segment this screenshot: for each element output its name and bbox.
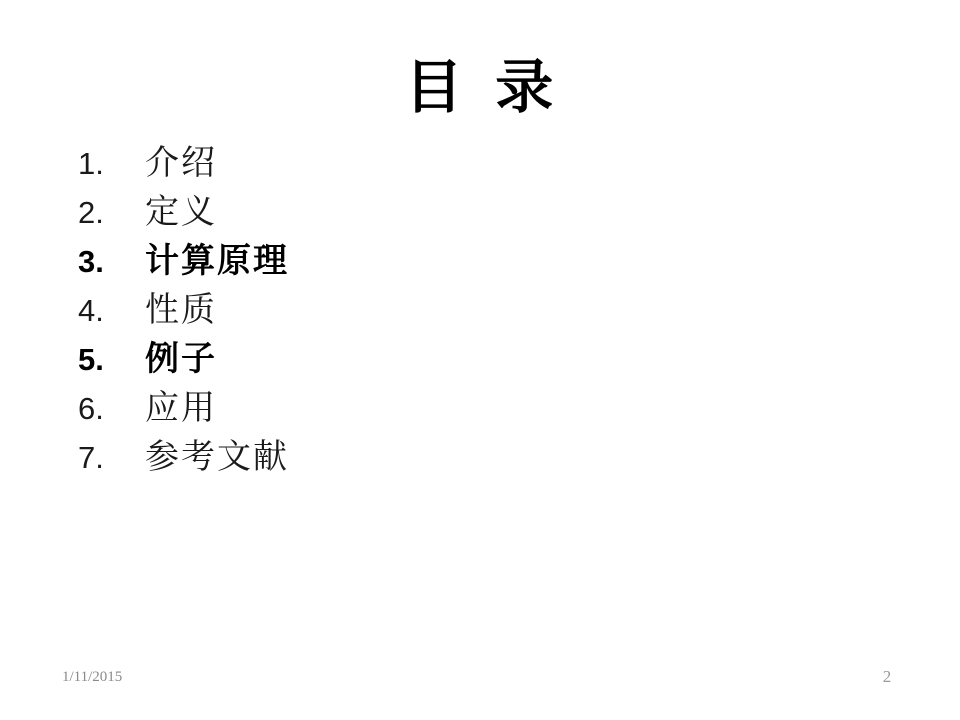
toc-item: 6. 应用 [0,384,960,433]
toc-item-label: 性质 [145,286,217,335]
toc-item: 5. 例子 [0,335,960,384]
toc-item-label: 定义 [145,188,217,237]
toc-item: 3. 计算原理 [0,237,960,286]
toc-item-number: 1. [0,139,145,188]
toc-item: 1. 介绍 [0,139,960,188]
page-number: 2 [872,667,902,687]
toc-item-label: 参考文献 [145,433,289,482]
toc-item-label: 应用 [145,384,217,433]
toc-item-label: 介绍 [145,139,217,188]
toc-item: 7. 参考文献 [0,433,960,482]
toc-item-number: 5. [0,335,145,384]
footer-date: 1/11/2015 [62,669,122,686]
toc-item-number: 3. [0,237,145,286]
toc-item-number: 2. [0,188,145,237]
toc-item-label: 例子 [145,335,217,384]
toc-item-number: 7. [0,433,145,482]
toc-item: 2. 定义 [0,188,960,237]
toc-item-number: 4. [0,286,145,335]
toc-item-number: 6. [0,384,145,433]
slide-title: 目 录 [0,52,960,125]
toc-item: 4. 性质 [0,286,960,335]
toc-list: 1. 介绍 2. 定义 3. 计算原理 4. 性质 5. 例子 6. 应用 7.… [0,139,960,482]
toc-item-label: 计算原理 [145,237,289,286]
slide: 目 录 1. 介绍 2. 定义 3. 计算原理 4. 性质 5. 例子 6. 应… [0,0,960,720]
